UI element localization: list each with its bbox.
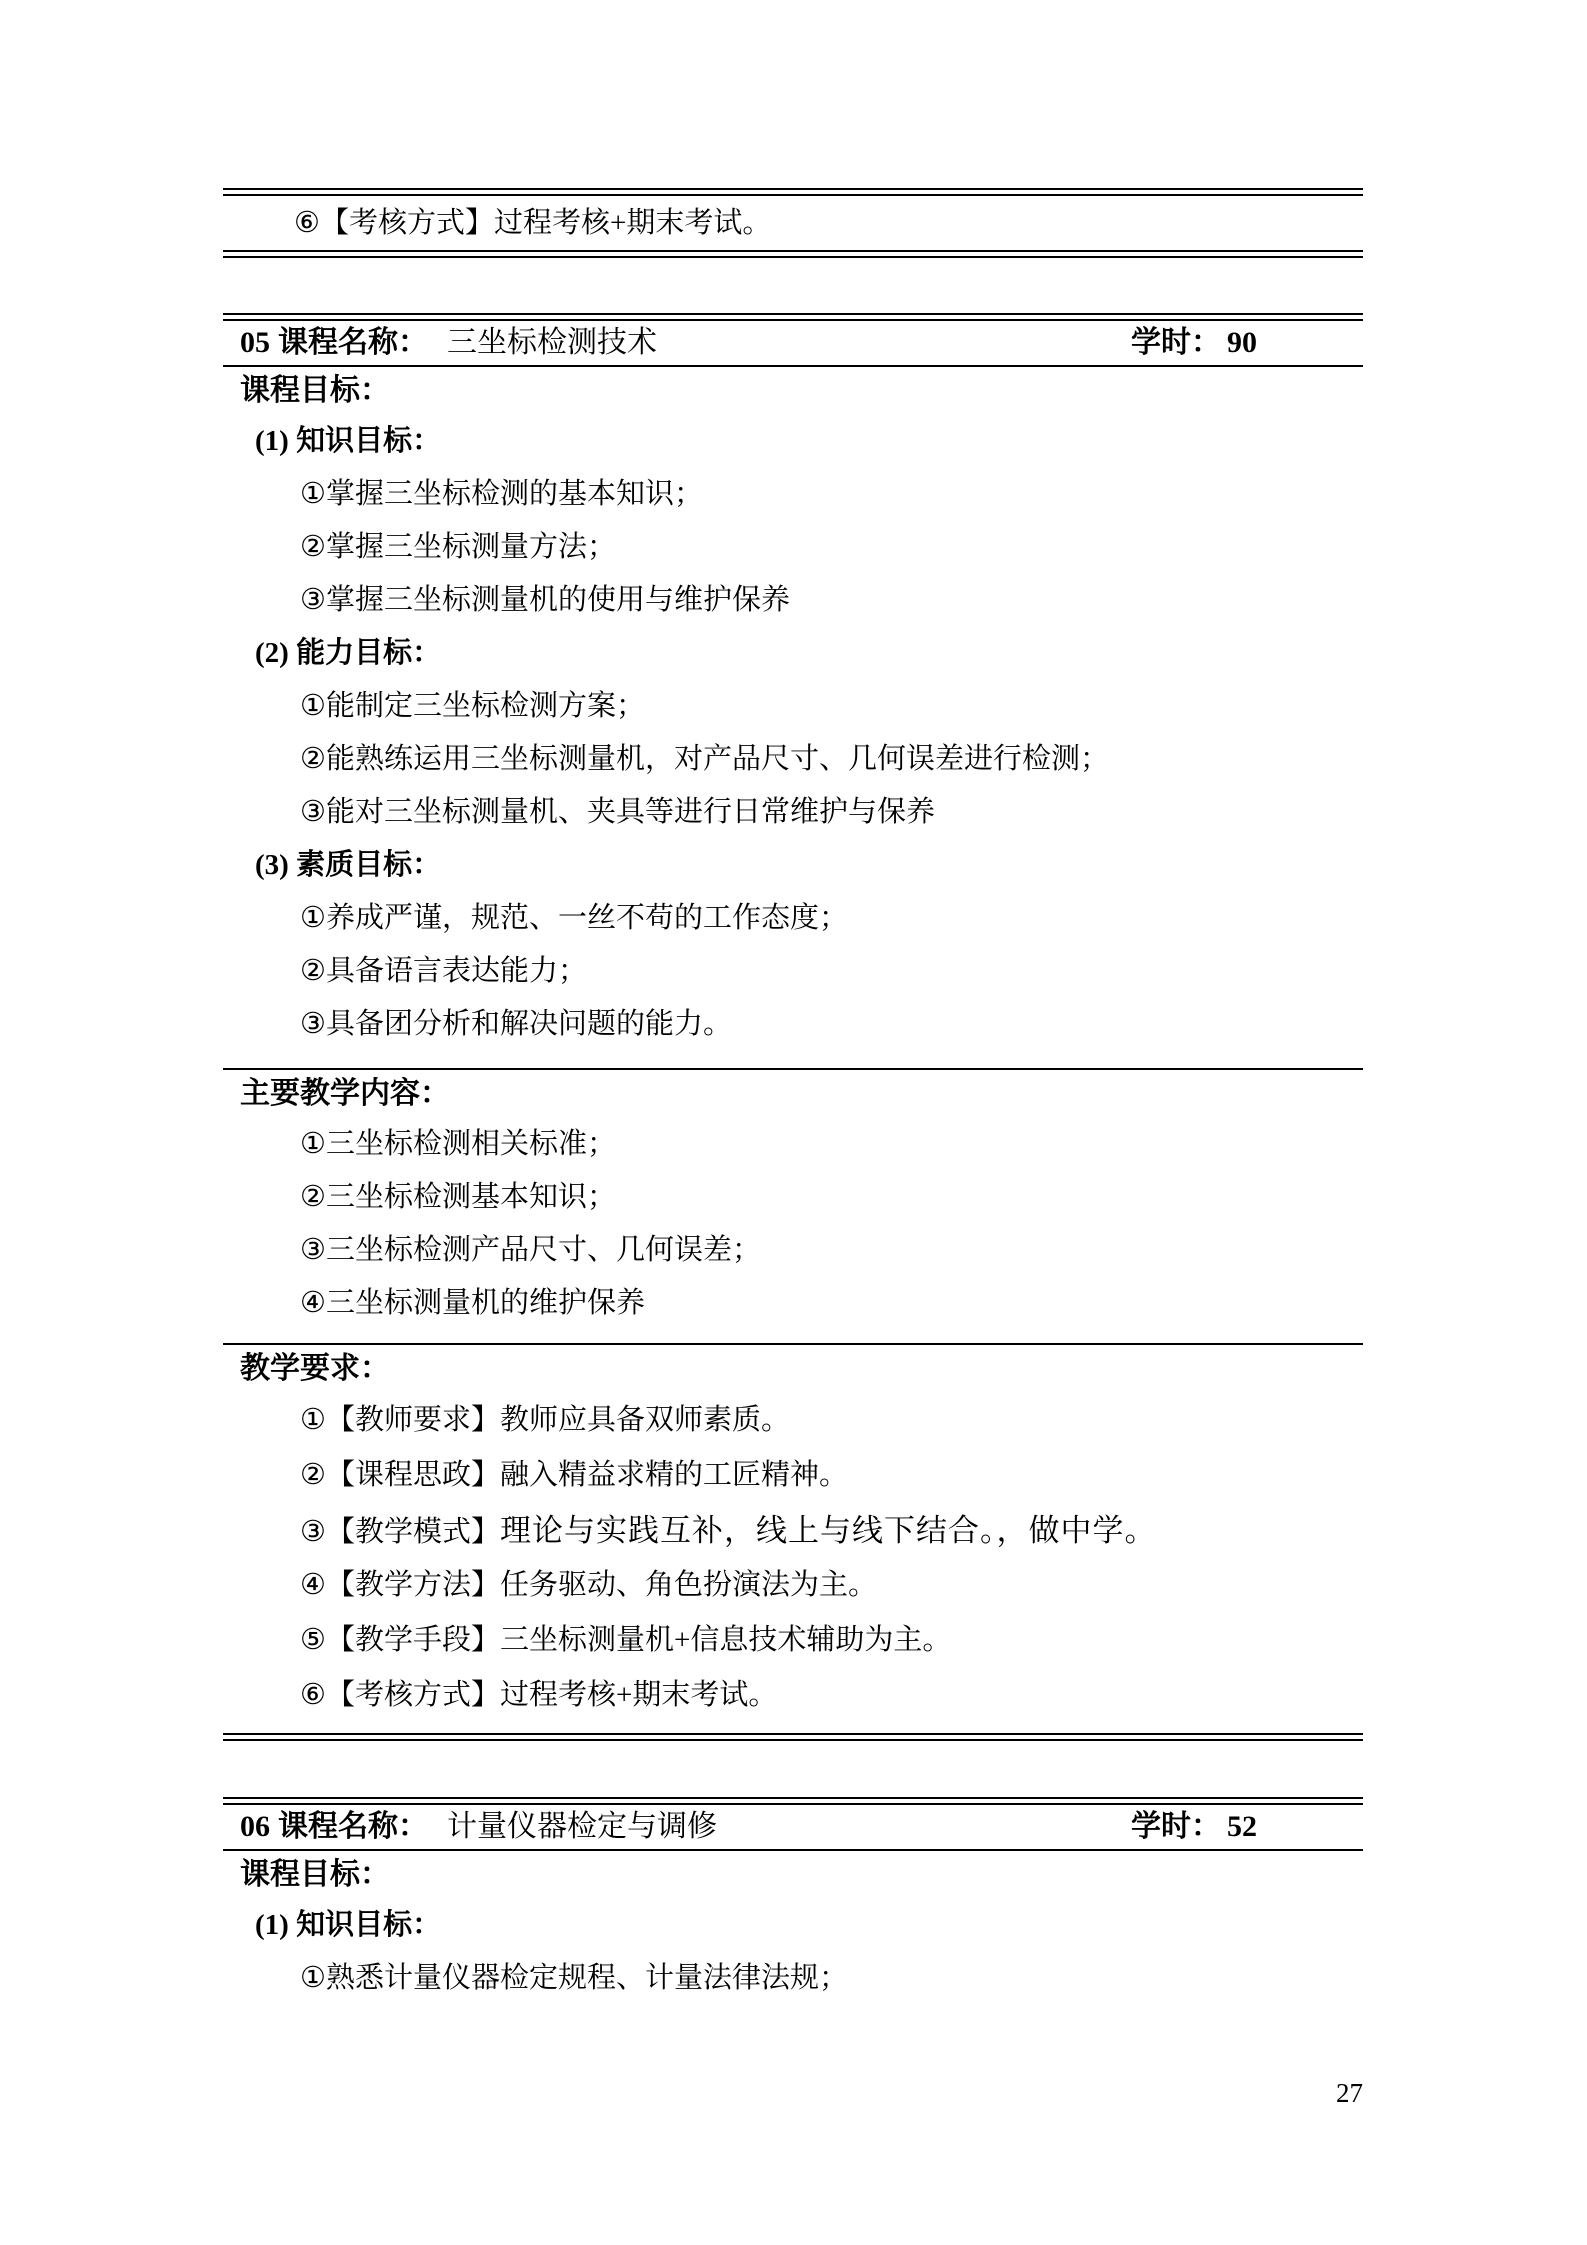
course-hours: 学时：52: [1131, 1805, 1257, 1849]
divider-double: [223, 250, 1363, 258]
course-05-block: 05课程名称： 三坐标检测技术 学时：90 课程目标： (1) 知识目标： ①掌…: [223, 313, 1363, 1741]
objective-item: ②能熟练运用三坐标测量机，对产品尺寸、几何误差进行检测；: [223, 733, 1363, 786]
course-code-and-label: 06课程名称：: [240, 1805, 428, 1849]
section-heading-course-goal: 课程目标：: [223, 1851, 1363, 1899]
course-code: 05: [240, 326, 270, 359]
objective-item: ③能对三坐标测量机、夹具等进行日常维护与保养: [223, 786, 1363, 839]
section-heading-course-goal: 课程目标：: [223, 367, 1363, 415]
course-name: 计量仪器检定与调修: [447, 1805, 717, 1849]
top-margin: [223, 0, 1363, 188]
requirement-text: 融入精益求精的工匠精神。: [500, 1459, 848, 1491]
requirement-tag: ①【教师要求】: [300, 1404, 500, 1436]
requirement-text: 过程考核+期末考试。: [500, 1679, 777, 1711]
content-item: ①三坐标检测相关标准；: [223, 1118, 1363, 1171]
divider-double: [223, 313, 1363, 321]
objective-item: ③具备团分析和解决问题的能力。: [223, 998, 1363, 1051]
requirement-item: ④【教学方法】任务驱动、角色扮演法为主。: [223, 1558, 1363, 1613]
objective-item: ①能制定三坐标检测方案；: [223, 680, 1363, 733]
content-item: ③三坐标检测产品尺寸、几何误差；: [223, 1224, 1363, 1277]
course-name-label: 课程名称：: [278, 1810, 428, 1843]
requirement-item: ⑤【教学手段】三坐标测量机+信息技术辅助为主。: [223, 1613, 1363, 1668]
requirement-text: 教师应具备双师素质。: [500, 1404, 790, 1436]
requirement-text: 理论与实践互补，线上与线下结合。，做中学。: [500, 1513, 1157, 1548]
objective-item: ③掌握三坐标测量机的使用与维护保养: [223, 574, 1363, 627]
block-gap: [223, 258, 1363, 313]
objective-item: ①熟悉计量仪器检定规程、计量法律法规；: [223, 1952, 1363, 2005]
course-05-header: 05课程名称： 三坐标检测技术 学时：90: [223, 321, 1363, 365]
assessment-method-line: ⑥【考核方式】过程考核+期末考试。: [223, 196, 1363, 250]
objective-item: ②掌握三坐标测量方法；: [223, 521, 1363, 574]
requirement-tag: ④【教学方法】: [300, 1569, 500, 1601]
subsection-heading-ability: (2) 能力目标：: [223, 627, 1363, 680]
requirement-item: ②【课程思政】融入精益求精的工匠精神。: [223, 1448, 1363, 1503]
block-gap: [223, 1741, 1363, 1797]
objective-item: ②具备语言表达能力；: [223, 945, 1363, 998]
content-item: ②三坐标检测基本知识；: [223, 1171, 1363, 1224]
requirement-item: ③【教学模式】理论与实践互补，线上与线下结合。，做中学。: [223, 1503, 1363, 1558]
requirement-tag: ⑥【考核方式】: [300, 1679, 500, 1711]
divider-double: [223, 1797, 1363, 1805]
objective-item: ①养成严谨，规范、一丝不苟的工作态度；: [223, 892, 1363, 945]
page-number: 27: [223, 2078, 1363, 2108]
course-06-block: 06课程名称： 计量仪器检定与调修 学时：52 课程目标： (1) 知识目标： …: [223, 1797, 1363, 2005]
content-item: ④三坐标测量机的维护保养: [223, 1277, 1363, 1330]
requirement-tag: ②【课程思政】: [300, 1459, 500, 1491]
course-hours: 学时：90: [1131, 321, 1257, 365]
course-hours-label: 学时：: [1131, 326, 1221, 359]
course-name: 三坐标检测技术: [447, 321, 657, 365]
subsection-heading-knowledge: (1) 知识目标：: [223, 415, 1363, 468]
course-hours-label: 学时：: [1131, 1810, 1221, 1843]
requirement-item: ⑥【考核方式】过程考核+期末考试。: [223, 1668, 1363, 1723]
course-06-header: 06课程名称： 计量仪器检定与调修 学时：52: [223, 1805, 1363, 1849]
document-page: ⑥【考核方式】过程考核+期末考试。 05课程名称： 三坐标检测技术 学时：90 …: [0, 0, 1587, 2245]
requirement-text: 三坐标测量机+信息技术辅助为主。: [500, 1624, 951, 1656]
requirement-text: 任务驱动、角色扮演法为主。: [500, 1569, 877, 1601]
section-heading-teaching-content: 主要教学内容：: [223, 1070, 1363, 1118]
course-code: 06: [240, 1810, 270, 1843]
requirement-item: ①【教师要求】教师应具备双师素质。: [223, 1393, 1363, 1448]
section-heading-teaching-requirements: 教学要求：: [223, 1345, 1363, 1393]
document-content: ⑥【考核方式】过程考核+期末考试。 05课程名称： 三坐标检测技术 学时：90 …: [223, 0, 1363, 2005]
requirement-tag: ⑤【教学手段】: [300, 1624, 500, 1656]
subsection-heading-knowledge: (1) 知识目标：: [223, 1899, 1363, 1952]
course-hours-value: 52: [1227, 1810, 1257, 1843]
course-name-label: 课程名称：: [278, 326, 428, 359]
divider-double: [223, 1733, 1363, 1741]
course-hours-value: 90: [1227, 326, 1257, 359]
subsection-heading-quality: (3) 素质目标：: [223, 839, 1363, 892]
course-code-and-label: 05课程名称：: [240, 321, 428, 365]
divider-double: [223, 188, 1363, 196]
objective-item: ①掌握三坐标检测的基本知识；: [223, 468, 1363, 521]
requirement-tag: ③【教学模式】: [300, 1516, 500, 1548]
